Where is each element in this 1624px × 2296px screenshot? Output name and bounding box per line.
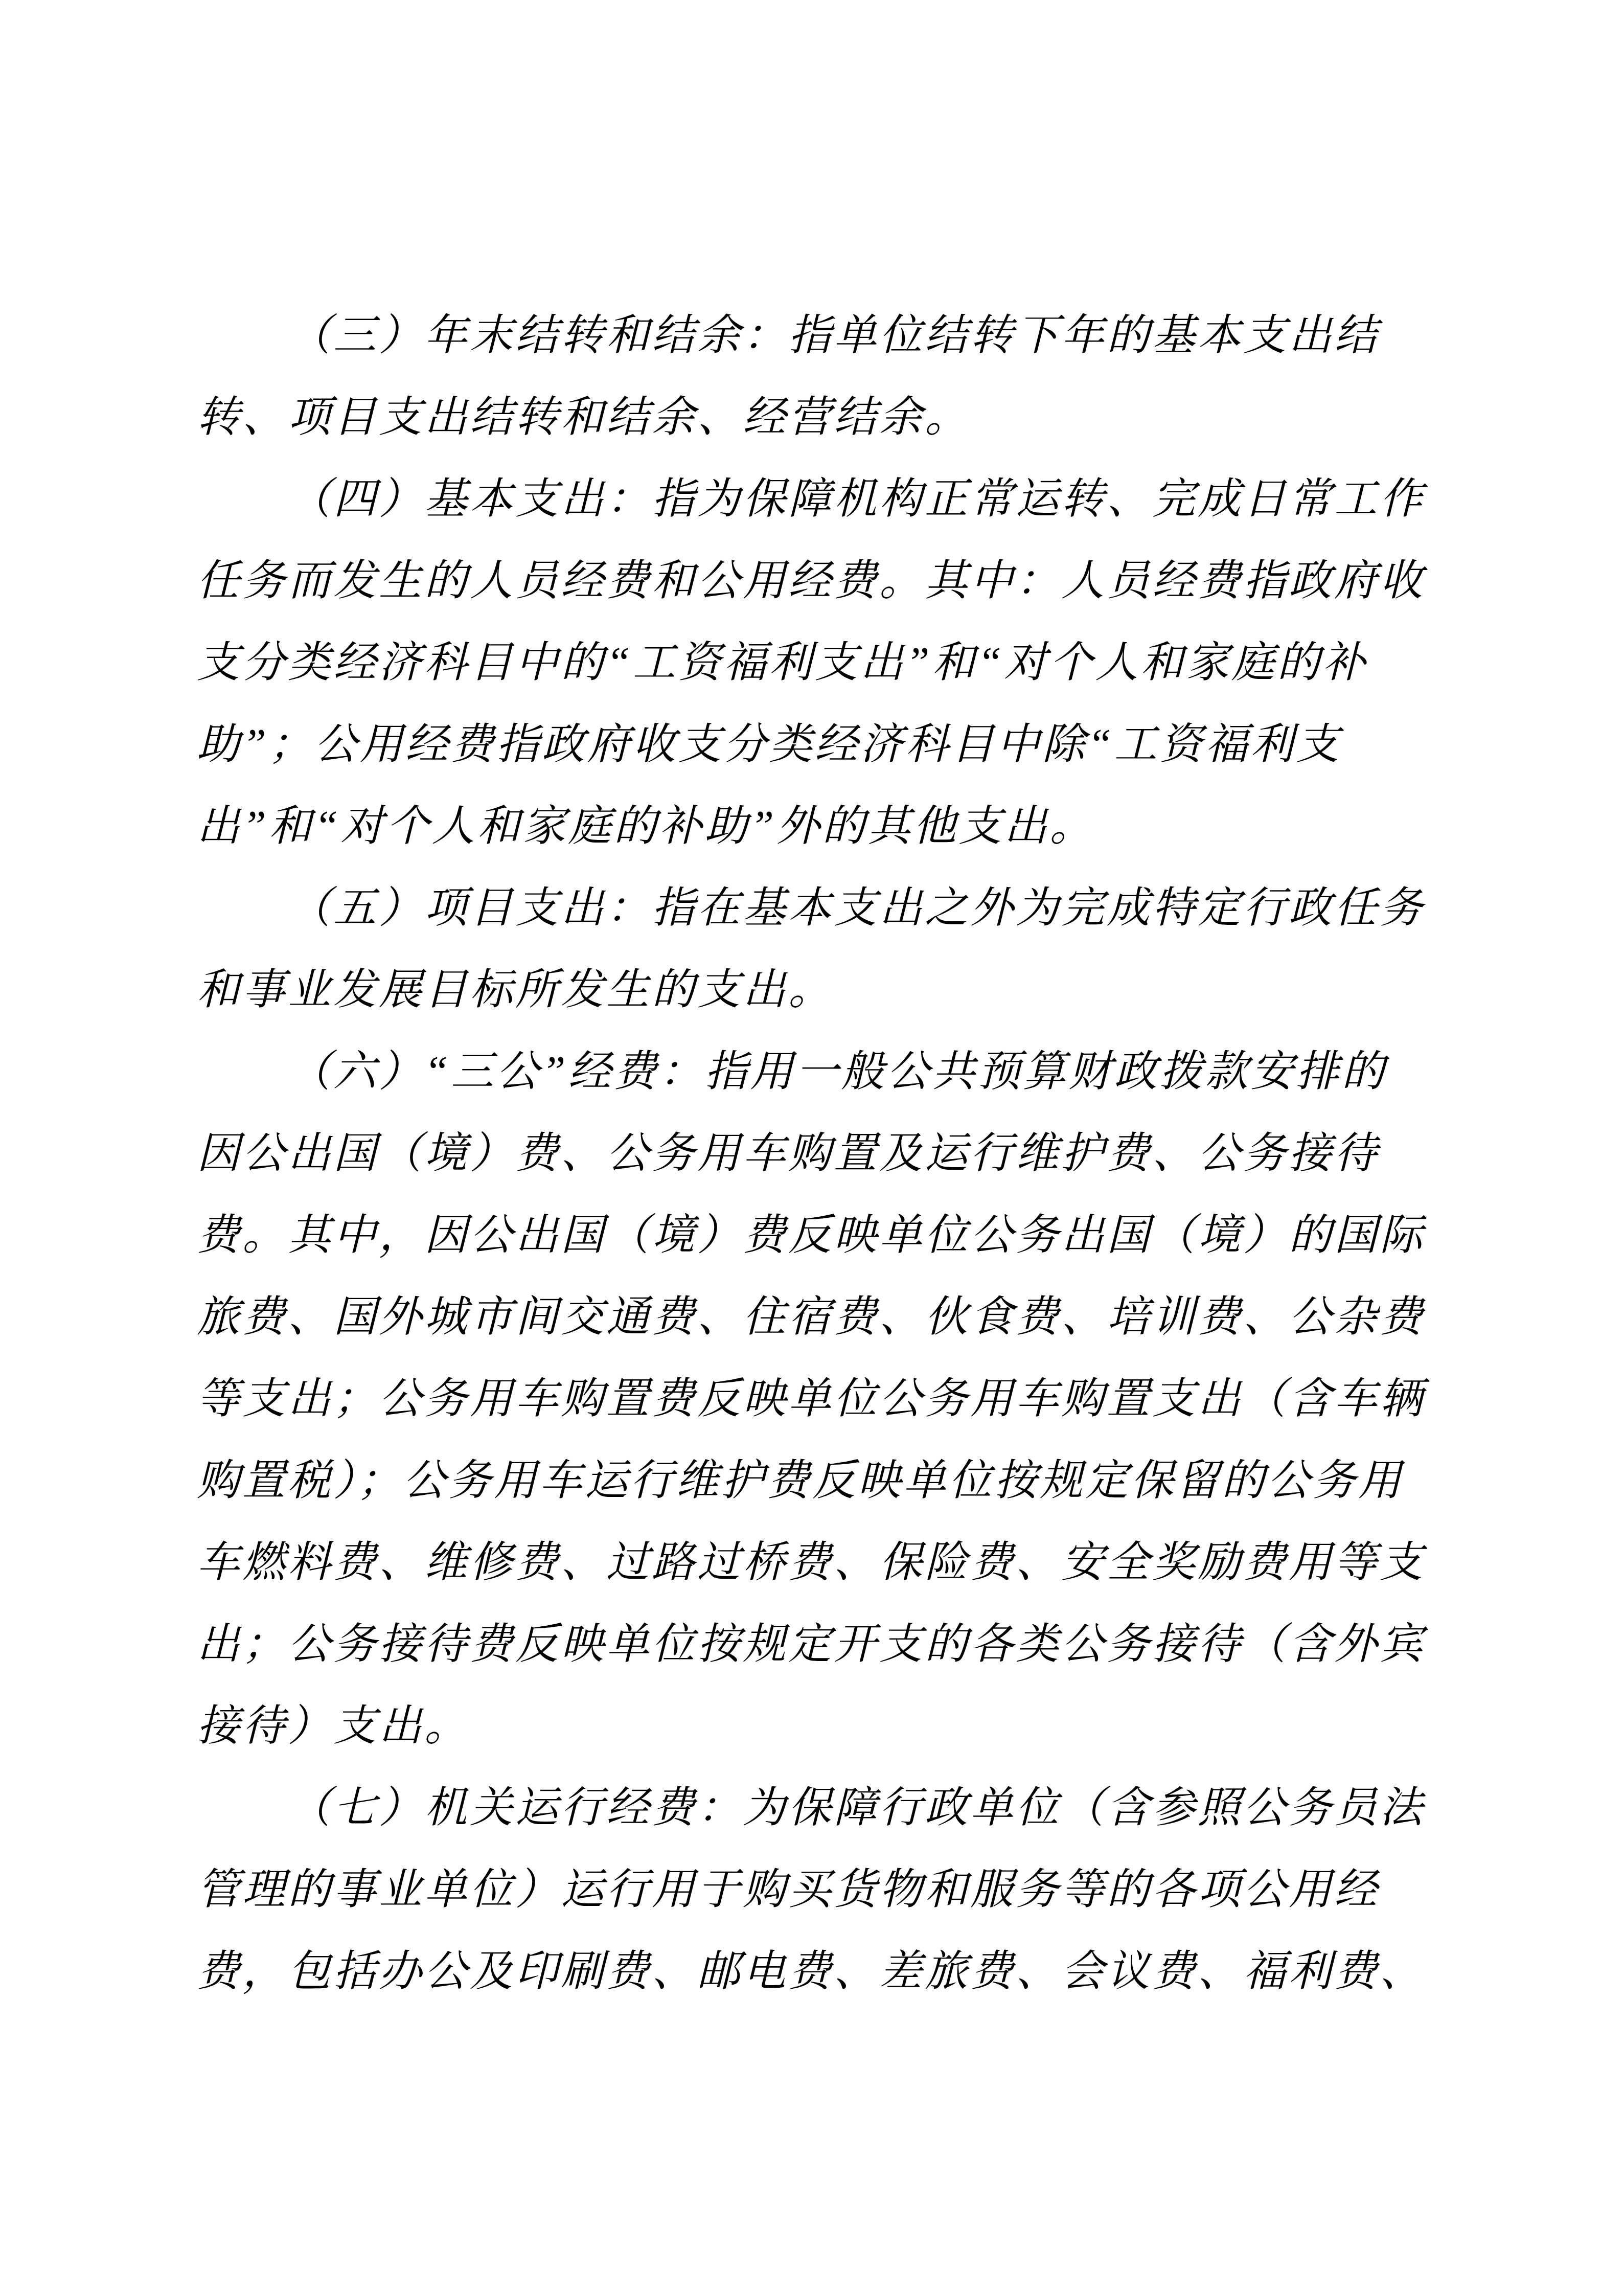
text-line: 和事业发展目标所发生的支出。 (197, 949, 1439, 1031)
paragraph: （四）基本支出：指为保障机构正常运转、完成日常工作任务而发生的人员经费和公用经费… (197, 459, 1439, 868)
text-line: （五）项目支出：指在基本支出之外为完成特定行政任务 (197, 868, 1439, 949)
paragraph: （五）项目支出：指在基本支出之外为完成特定行政任务和事业发展目标所发生的支出。 (197, 868, 1439, 1031)
text-line: （六）“三公”经费：指用一般公共预算财政拨款安排的 (197, 1031, 1439, 1113)
paragraph: （三）年末结转和结余：指单位结转下年的基本支出结转、项目支出结转和结余、经营结余… (197, 295, 1439, 459)
text-line: 费。其中，因公出国（境）费反映单位公务出国（境）的国际 (197, 1195, 1439, 1277)
text-line: 支分类经济科目中的“工资福利支出”和“对个人和家庭的补 (197, 622, 1439, 704)
text-line: 任务而发生的人员经费和公用经费。其中：人员经费指政府收 (197, 540, 1439, 622)
text-line: 费，包括办公及印刷费、邮电费、差旅费、会议费、福利费、 (197, 1931, 1439, 2013)
text-line: 旅费、国外城市间交通费、住宿费、伙食费、培训费、公杂费 (197, 1277, 1439, 1358)
text-line: 购置税）；公务用车运行维护费反映单位按规定保留的公务用 (197, 1440, 1439, 1522)
text-line: （四）基本支出：指为保障机构正常运转、完成日常工作 (197, 459, 1439, 540)
document-page: （三）年末结转和结余：指单位结转下年的基本支出结转、项目支出结转和结余、经营结余… (0, 0, 1624, 2296)
text-line: 转、项目支出结转和结余、经营结余。 (197, 377, 1439, 459)
text-line: （七）机关运行经费：为保障行政单位（含参照公务员法 (197, 1767, 1439, 1849)
document-text-block: （三）年末结转和结余：指单位结转下年的基本支出结转、项目支出结转和结余、经营结余… (197, 295, 1439, 2013)
text-line: （三）年末结转和结余：指单位结转下年的基本支出结 (197, 295, 1439, 377)
paragraph: （六）“三公”经费：指用一般公共预算财政拨款安排的因公出国（境）费、公务用车购置… (197, 1031, 1439, 1767)
text-line: 助”；公用经费指政府收支分类经济科目中除“工资福利支 (197, 704, 1439, 786)
text-line: 出；公务接待费反映单位按规定开支的各类公务接待（含外宾 (197, 1604, 1439, 1686)
text-line: 管理的事业单位）运行用于购买货物和服务等的各项公用经 (197, 1849, 1439, 1931)
paragraph: （七）机关运行经费：为保障行政单位（含参照公务员法管理的事业单位）运行用于购买货… (197, 1767, 1439, 2013)
text-line: 因公出国（境）费、公务用车购置及运行维护费、公务接待 (197, 1113, 1439, 1195)
text-line: 接待）支出。 (197, 1686, 1439, 1767)
text-line: 出”和“对个人和家庭的补助”外的其他支出。 (197, 786, 1439, 868)
text-line: 车燃料费、维修费、过路过桥费、保险费、安全奖励费用等支 (197, 1522, 1439, 1604)
text-line: 等支出；公务用车购置费反映单位公务用车购置支出（含车辆 (197, 1358, 1439, 1440)
